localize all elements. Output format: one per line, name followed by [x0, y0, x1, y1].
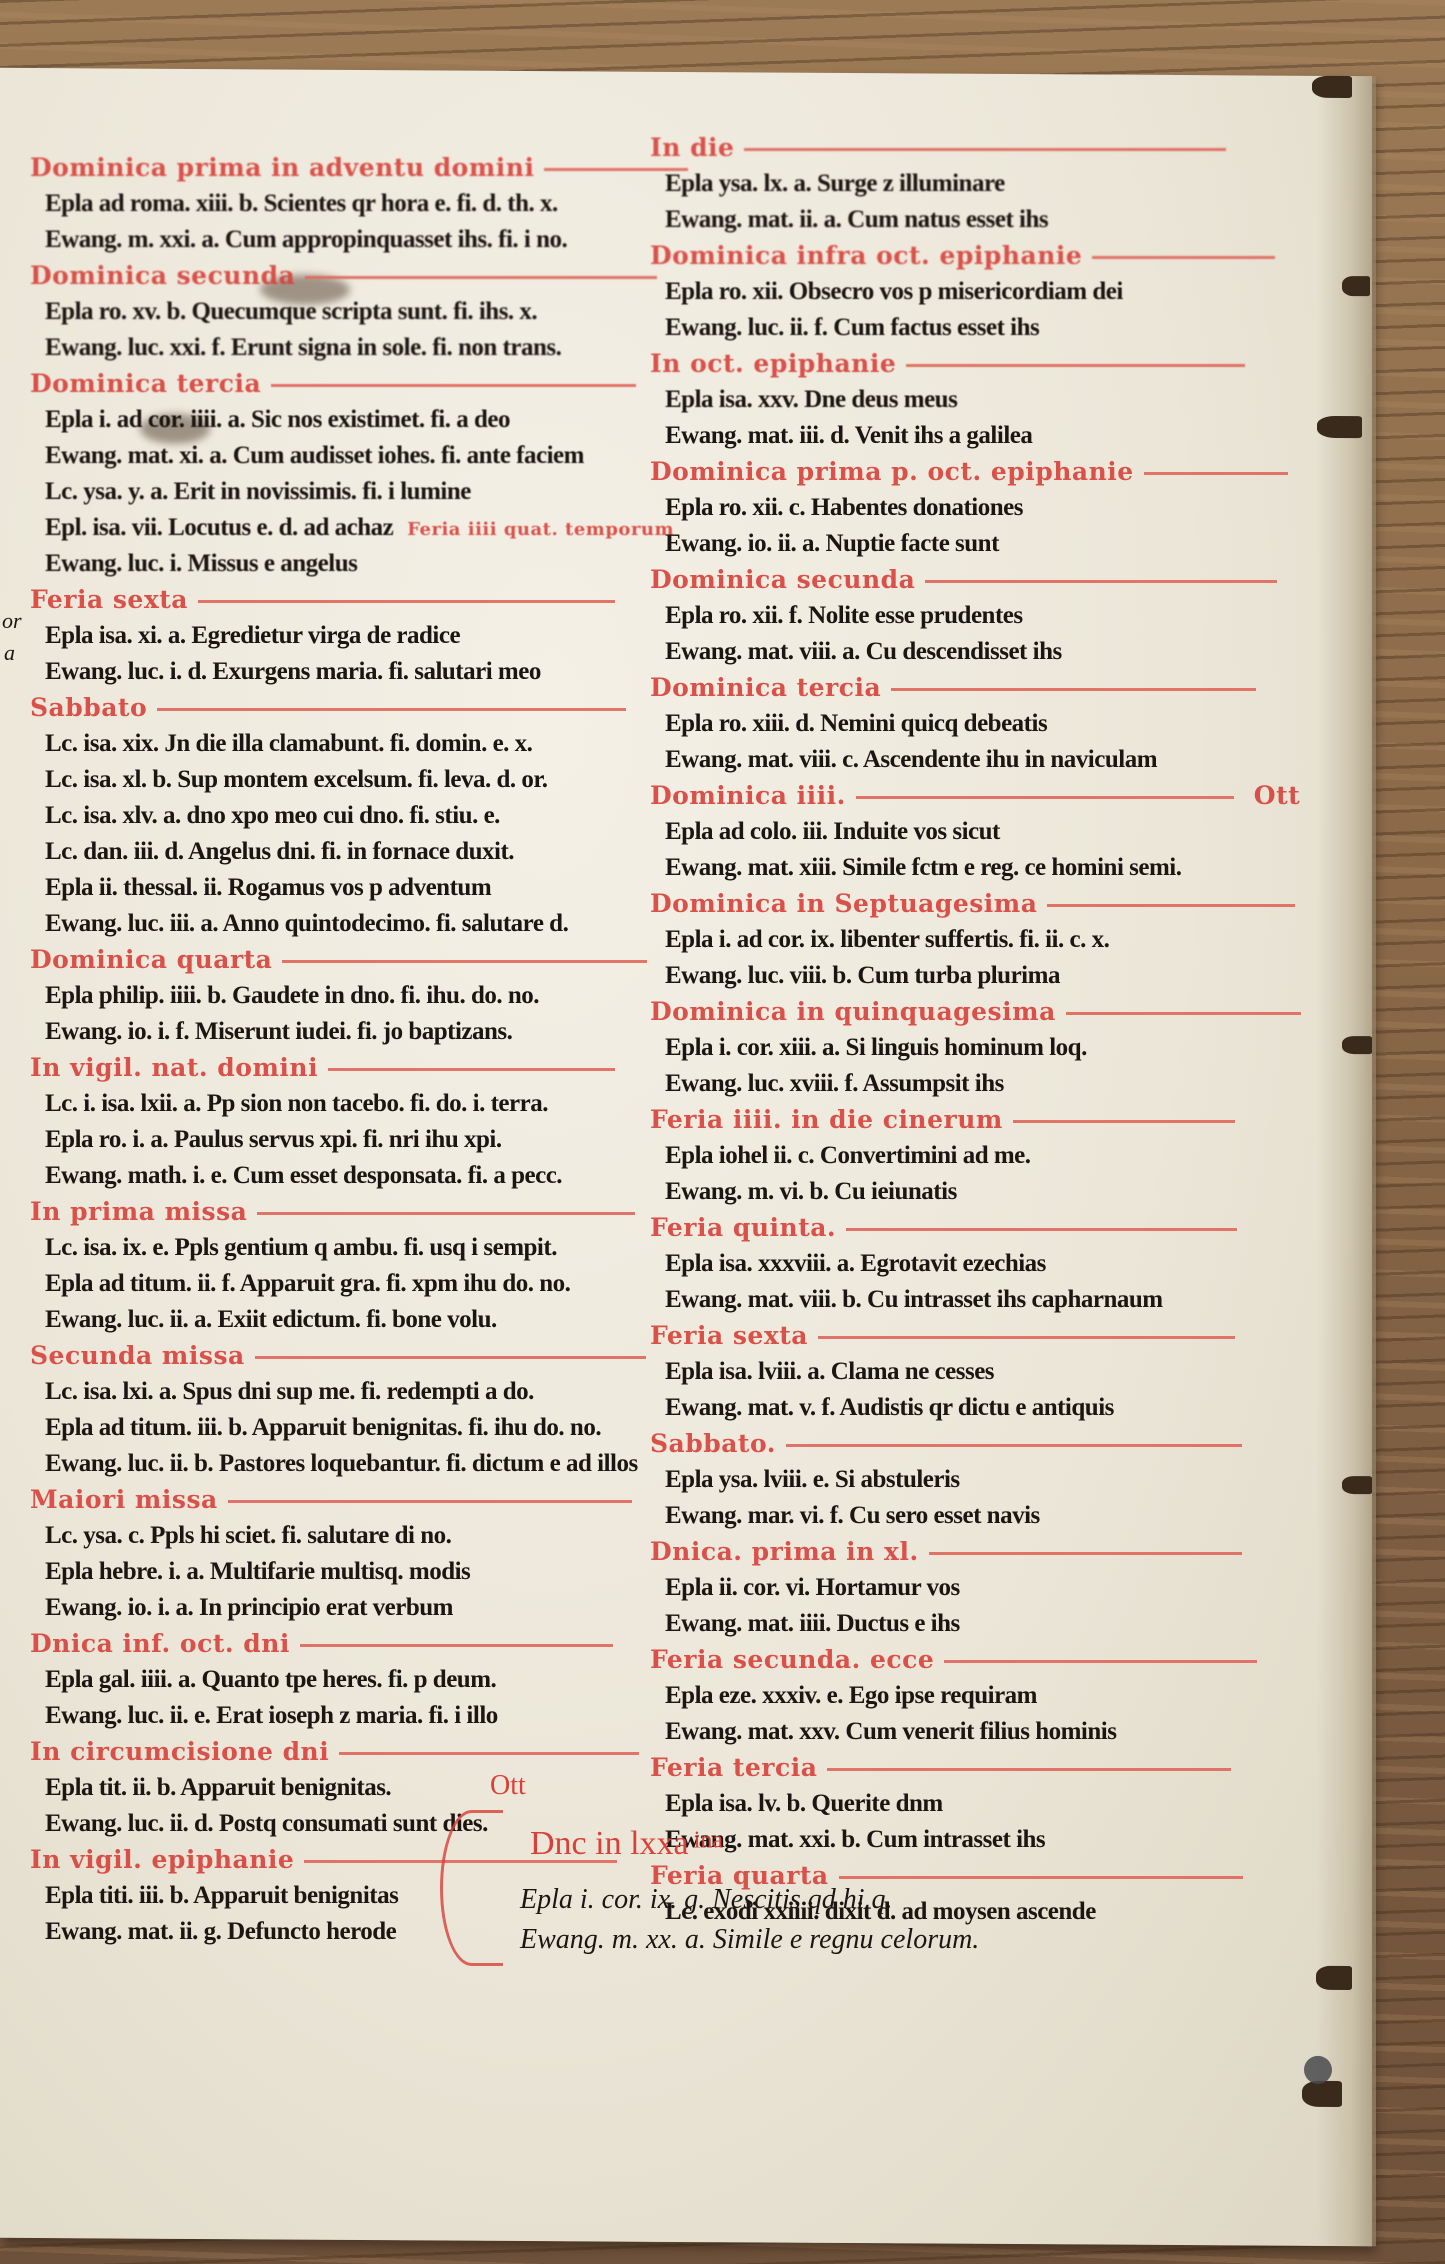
reading-text: Epla eze. xxxiv. e. Ego ipse requiram — [665, 1682, 1037, 1709]
red-ruling-line — [744, 148, 1226, 151]
reading-text: Lc. isa. lxi. a. Spus dni sup me. fi. re… — [45, 1378, 534, 1405]
red-ruling-line — [271, 384, 636, 387]
edge-notch — [1342, 276, 1370, 296]
reading-text: Ewang. m. xxi. a. Cum appropinquasset ih… — [45, 226, 567, 253]
left-column: Dominica prima in adventu dominiEpla ad … — [0, 150, 640, 1950]
rubric-heading: Dominica quarta — [0, 942, 640, 978]
reading-text: Epla ad titum. ii. f. Apparuit gra. fi. … — [45, 1270, 570, 1297]
rubric-text: Feria tercia — [650, 1753, 1231, 1782]
reading-text: Ewang. mat. ii. g. Defuncto herode — [45, 1918, 396, 1945]
reading-line: Ewang. mat. xxv. Cum venerit filius homi… — [620, 1714, 1220, 1750]
reading-line: Ewang. mat. iiii. Ductus e ihs — [620, 1606, 1220, 1642]
red-ruling-line — [328, 1068, 615, 1071]
reading-text: Ewang. luc. ii. d. Postq consumati sunt … — [45, 1810, 488, 1837]
reading-text: Ewang. mat. ii. a. Cum natus esset ihs — [665, 206, 1048, 233]
red-ruling-line — [839, 1876, 1243, 1879]
red-ruling-line — [339, 1752, 639, 1755]
red-ruling-line — [257, 1212, 635, 1215]
rubric-text: Maiori missa — [30, 1485, 632, 1514]
reading-text: Epla ii. thessal. ii. Rogamus vos p adve… — [45, 874, 491, 901]
rubric-text: Feria sexta — [30, 585, 615, 614]
reading-line: Epla i. ad cor. iiii. a. Sic nos existim… — [0, 402, 640, 438]
reading-line: Ewang. mat. xiii. Simile fctm e reg. ce … — [620, 850, 1220, 886]
rubric-heading: Sabbato. — [620, 1426, 1220, 1462]
reading-line: Epla eze. xxxiv. e. Ego ipse requiram — [620, 1678, 1220, 1714]
reading-line: Epla ad titum. iii. b. Apparuit benignit… — [0, 1410, 640, 1446]
rubric-text: Dnica inf. oct. dni — [30, 1629, 613, 1658]
rubric-text: Dominica quarta — [30, 945, 647, 974]
reading-text: Ewang. io. i. a. In principio erat verbu… — [45, 1594, 453, 1621]
reading-text: Ewang. math. i. e. Cum esset desponsata.… — [45, 1162, 562, 1189]
red-ruling-line — [818, 1336, 1235, 1339]
rubric-text: Dominica tercia — [30, 369, 636, 398]
reading-text: Epla isa. xxv. Dne deus meus — [665, 386, 957, 413]
rubric-text: Dominica tercia — [650, 673, 1256, 702]
rubric-text: Feria quinta. — [650, 1213, 1237, 1242]
reading-line: Ewang. luc. ii. f. Cum factus esset ihs — [620, 310, 1220, 346]
reading-line: Epla gal. iiii. a. Quanto tpe heres. fi.… — [0, 1662, 640, 1698]
reading-text: Ewang. luc. i. Missus e angelus — [45, 550, 357, 577]
reading-line: Lc. isa. xix. Jn die illa clamabunt. fi.… — [0, 726, 640, 762]
red-bracket — [440, 1810, 503, 1966]
reading-text: Ewang. mat. iiii. Ductus e ihs — [665, 1610, 960, 1637]
rubric-text: Feria secunda. ecce — [650, 1645, 1257, 1674]
reading-line: Epla isa. xxv. Dne deus meus — [620, 382, 1220, 418]
reading-line: Ewang. mat. v. f. Audistis qr dictu e an… — [620, 1390, 1220, 1426]
edge-notch — [1342, 1476, 1372, 1494]
rubric-text: Dominica iiii. — [650, 781, 1234, 810]
reading-text: Ewang. io. ii. a. Nuptie facte sunt — [665, 530, 999, 557]
rubric-text: Dominica secunda — [650, 565, 1277, 594]
reading-line: Ewang. luc. xxi. f. Erunt signa in sole.… — [0, 330, 640, 366]
reading-line: Ewang. mat. xi. a. Cum audisset iohes. f… — [0, 438, 640, 474]
reading-line: Epla ii. thessal. ii. Rogamus vos p adve… — [0, 870, 640, 906]
reading-text: Epla ad colo. iii. Induite vos sicut — [665, 818, 1000, 845]
reading-text: Epla ro. xii. f. Nolite esse prudentes — [665, 602, 1023, 629]
reading-text: Lc. ysa. y. a. Erit in novissimis. fi. i… — [45, 478, 471, 505]
rubric-heading: Dominica in Septuagesima — [620, 886, 1220, 922]
rubric-heading: Maiori missa — [0, 1482, 640, 1518]
reading-line: Epl. isa. vii. Locutus e. d. ad achazFer… — [0, 510, 640, 546]
red-ruling-line — [228, 1500, 632, 1503]
rubric-heading: Dominica iiii.Ott — [620, 778, 1220, 814]
addendum-title: Dnc in lxxa — [530, 1825, 689, 1862]
reading-text: Ewang. mat. viii. a. Cu descendisset ihs — [665, 638, 1062, 665]
red-ruling-line — [198, 600, 615, 603]
red-ruling-line — [282, 960, 647, 963]
rubric-text: Dominica in Septuagesima — [650, 889, 1295, 918]
edge-notch — [1317, 416, 1362, 438]
reading-text: Ewang. mat. viii. b. Cu intrasset ihs ca… — [665, 1286, 1163, 1313]
reading-line: Ewang. luc. ii. a. Exiit edictum. fi. bo… — [0, 1302, 640, 1338]
reading-line: Ewang. luc. ii. b. Pastores loquebantur.… — [0, 1446, 640, 1482]
margin-mark: a — [4, 640, 15, 666]
reading-text: Epla ro. xv. b. Quecumque scripta sunt. … — [45, 298, 537, 325]
rubric-heading: In vigil. nat. domini — [0, 1050, 640, 1086]
reading-line: Lc. ysa. y. a. Erit in novissimis. fi. i… — [0, 474, 640, 510]
reading-line: Epla isa. xi. a. Egredietur virga de rad… — [0, 618, 640, 654]
rubric-heading: Dominica in quinquagesima — [620, 994, 1220, 1030]
reading-text: Epla ad titum. iii. b. Apparuit benignit… — [45, 1414, 601, 1441]
rubric-heading: Dominica secunda — [0, 258, 640, 294]
rubric-heading: Feria quinta. — [620, 1210, 1220, 1246]
reading-text: Ewang. luc. xviii. f. Assumpsit ihs — [665, 1070, 1004, 1097]
rubric-text: Dominica prima p. oct. epiphanie — [650, 457, 1288, 486]
wormhole — [1304, 2056, 1332, 2084]
rubric-text: In circumcisione dni — [30, 1737, 639, 1766]
rubric-heading: Dominica tercia — [620, 670, 1220, 706]
reading-line: Lc. isa. ix. e. Ppls gentium q ambu. fi.… — [0, 1230, 640, 1266]
rubric-text: Dnica. prima in xl. — [650, 1537, 1242, 1566]
rubric-text: Dominica secunda — [30, 261, 657, 290]
rubric-heading: Feria sexta — [0, 582, 640, 618]
reading-line: Epla isa. xxxviii. a. Egrotavit ezechias — [620, 1246, 1220, 1282]
reading-text: Lc. i. isa. lxii. a. Pp sion non tacebo.… — [45, 1090, 548, 1117]
reading-line: Epla hebre. i. a. Multifarie multisq. mo… — [0, 1554, 640, 1590]
reading-text: Epla isa. xi. a. Egredietur virga de rad… — [45, 622, 460, 649]
reading-text: Ewang. m. vi. b. Cu ieiunatis — [665, 1178, 957, 1205]
reading-text: Epl. isa. vii. Locutus e. d. ad achaz — [45, 514, 393, 541]
reading-line: Lc. isa. lxi. a. Spus dni sup me. fi. re… — [0, 1374, 640, 1410]
reading-text: Epla ysa. lviii. e. Si abstuleris — [665, 1466, 960, 1493]
rubric-heading: Feria iiii. in die cinerum — [620, 1102, 1220, 1138]
rubric-heading: Dominica tercia — [0, 366, 640, 402]
reading-text: Ewang. mat. xiii. Simile fctm e reg. ce … — [665, 854, 1182, 881]
reading-text: Epla hebre. i. a. Multifarie multisq. mo… — [45, 1558, 470, 1585]
rubric-text: In die — [650, 133, 1226, 162]
addendum-line: Epla i. cor. ix. g. Nescitis qd hi q. — [520, 1880, 979, 1920]
reading-line: Ewang. mat. viii. c. Ascendente ihu in n… — [620, 742, 1220, 778]
reading-line: Epla philip. iiii. b. Gaudete in dno. fi… — [0, 978, 640, 1014]
reading-line: Epla ro. xv. b. Quecumque scripta sunt. … — [0, 294, 640, 330]
edge-notch — [1302, 2081, 1342, 2107]
reading-line: Epla ad roma. xiii. b. Scientes qr hora … — [0, 186, 640, 222]
reading-text: Epla philip. iiii. b. Gaudete in dno. fi… — [45, 982, 539, 1009]
edge-notch — [1342, 1036, 1372, 1054]
reading-line: Ewang. io. ii. a. Nuptie facte sunt — [620, 526, 1220, 562]
reading-text: Ewang. mat. iii. d. Venit ihs a galilea — [665, 422, 1032, 449]
rubric-heading: Dnica. prima in xl. — [620, 1534, 1220, 1570]
rubric-heading: In circumcisione dni — [0, 1734, 640, 1770]
reading-line: Ewang. m. vi. b. Cu ieiunatis — [620, 1174, 1220, 1210]
reading-line: Lc. ysa. c. Ppls hi sciet. fi. salutare … — [0, 1518, 640, 1554]
red-ruling-line — [944, 1660, 1257, 1663]
rubric-heading: Dominica infra oct. epiphanie — [620, 238, 1220, 274]
reading-text: Epla ysa. lx. a. Surge z illuminare — [665, 170, 1005, 197]
reading-line: Ewang. luc. ii. e. Erat ioseph z maria. … — [0, 1698, 640, 1734]
reading-text: Ewang. mat. viii. c. Ascendente ihu in n… — [665, 746, 1157, 773]
reading-line: Epla ro. xii. c. Habentes donationes — [620, 490, 1220, 526]
reading-text: Ewang. luc. xxi. f. Erunt signa in sole.… — [45, 334, 561, 361]
red-ruling-line — [1092, 256, 1275, 259]
reading-line: Ewang. mat. iii. d. Venit ihs a galilea — [620, 418, 1220, 454]
reading-text: Epla isa. xxxviii. a. Egrotavit ezechias — [665, 1250, 1046, 1277]
reading-line: Epla ro. xii. Obsecro vos p misericordia… — [620, 274, 1220, 310]
reading-text: Ewang. luc. iii. a. Anno quintodecimo. f… — [45, 910, 568, 937]
reading-line: Lc. dan. iii. d. Angelus dni. fi. in for… — [0, 834, 640, 870]
rubric-heading: Sabbato — [0, 690, 640, 726]
reading-line: Lc. i. isa. lxii. a. Pp sion non tacebo.… — [0, 1086, 640, 1122]
red-ruling-line — [929, 1552, 1242, 1555]
reading-line: Epla ro. i. a. Paulus servus xpi. fi. nr… — [0, 1122, 640, 1158]
reading-text: Epla ro. xii. Obsecro vos p misericordia… — [665, 278, 1123, 305]
reading-line: Ewang. luc. xviii. f. Assumpsit ihs — [620, 1066, 1220, 1102]
reading-text: Ewang. io. i. f. Miserunt iudei. fi. jo … — [45, 1018, 512, 1045]
margin-note: Ott — [1254, 781, 1300, 810]
rubric-heading: In die — [620, 130, 1220, 166]
reading-line: Ewang. mat. ii. a. Cum natus esset ihs — [620, 202, 1220, 238]
right-column: In dieEpla ysa. lx. a. Surge z illuminar… — [620, 130, 1220, 1930]
reading-text: Lc. dan. iii. d. Angelus dni. fi. in for… — [45, 838, 514, 865]
rubric-heading: Dnica inf. oct. dni — [0, 1626, 640, 1662]
reading-line: Epla iohel ii. c. Convertimini ad me. — [620, 1138, 1220, 1174]
reading-text: Ewang. luc. ii. f. Cum factus esset ihs — [665, 314, 1039, 341]
reading-line: Epla tit. ii. b. Apparuit benignitas. — [0, 1770, 640, 1806]
red-ruling-line — [1047, 904, 1295, 907]
reading-line: Ewang. m. xxi. a. Cum appropinquasset ih… — [0, 222, 640, 258]
reading-text: Ewang. luc. ii. b. Pastores loquebantur.… — [45, 1450, 638, 1477]
reading-text: Epla i. ad cor. ix. libenter suffertis. … — [665, 926, 1109, 953]
rubric-text: Sabbato. — [650, 1429, 1242, 1458]
addendum-superscript: ina — [694, 1828, 723, 1854]
red-ruling-line — [827, 1768, 1231, 1771]
reading-text: Ewang. luc. ii. a. Exiit edictum. fi. bo… — [45, 1306, 497, 1333]
reading-text: Lc. isa. ix. e. Ppls gentium q ambu. fi.… — [45, 1234, 557, 1261]
rubric-heading: In prima missa — [0, 1194, 640, 1230]
reading-text: Epla iohel ii. c. Convertimini ad me. — [665, 1142, 1031, 1169]
reading-line: Ewang. math. i. e. Cum esset desponsata.… — [0, 1158, 640, 1194]
reading-line: Ewang. luc. viii. b. Cum turba plurima — [620, 958, 1220, 994]
edge-notch — [1312, 76, 1352, 98]
red-ruling-line — [1144, 472, 1288, 475]
reading-line: Ewang. mat. viii. a. Cu descendisset ihs — [620, 634, 1220, 670]
rubric-text: Secunda missa — [30, 1341, 646, 1370]
rubric-text: In oct. epiphanie — [650, 349, 1245, 378]
reading-line: Ewang. io. i. f. Miserunt iudei. fi. jo … — [0, 1014, 640, 1050]
reading-text: Epla ro. xii. c. Habentes donationes — [665, 494, 1023, 521]
red-ruling-line — [846, 1228, 1237, 1231]
red-ruling-line — [1013, 1120, 1235, 1123]
rubric-heading: Secunda missa — [0, 1338, 640, 1374]
rubric-heading: Dominica secunda — [620, 562, 1220, 598]
reading-text: Epla ro. i. a. Paulus servus xpi. fi. nr… — [45, 1126, 502, 1153]
reading-text: Lc. ysa. c. Ppls hi sciet. fi. salutare … — [45, 1522, 451, 1549]
reading-text: Ewang. mat. xxv. Cum venerit filius homi… — [665, 1718, 1116, 1745]
reading-text: Epla tit. ii. b. Apparuit benignitas. — [45, 1774, 391, 1801]
red-ruling-line — [305, 276, 657, 279]
red-ruling-line — [300, 1644, 613, 1647]
reading-text: Epla isa. lv. b. Querite dnm — [665, 1790, 943, 1817]
reading-text: Ewang. luc. viii. b. Cum turba plurima — [665, 962, 1060, 989]
reading-text: Epla i. ad cor. iiii. a. Sic nos existim… — [45, 406, 510, 433]
reading-text: Lc. isa. xlv. a. dno xpo meo cui dno. fi… — [45, 802, 500, 829]
rubric-heading: Feria secunda. ecce — [620, 1642, 1220, 1678]
addendum-line: Ewang. m. xx. a. Simile e regnu celorum. — [520, 1920, 979, 1960]
red-ruling-line — [856, 796, 1234, 799]
reading-line: Ewang. mat. viii. b. Cu intrasset ihs ca… — [620, 1282, 1220, 1318]
red-ruling-line — [786, 1444, 1242, 1447]
reading-text: Epla ad roma. xiii. b. Scientes qr hora … — [45, 190, 558, 217]
reading-text: Epla ro. xiii. d. Nemini quicq debeatis — [665, 710, 1047, 737]
red-ruling-line — [157, 708, 626, 711]
reading-text: Ewang. mat. xi. a. Cum audisset iohes. f… — [45, 442, 584, 469]
addendum-mark: Ott — [490, 1770, 526, 1802]
rubric-heading: Feria tercia — [620, 1750, 1220, 1786]
reading-line: Epla ro. xiii. d. Nemini quicq debeatis — [620, 706, 1220, 742]
reading-text: Epla titi. iii. b. Apparuit benignitas — [45, 1882, 398, 1909]
reading-line: Epla ysa. lx. a. Surge z illuminare — [620, 166, 1220, 202]
rubric-heading: Feria sexta — [620, 1318, 1220, 1354]
rubric-text: Feria sexta — [650, 1321, 1235, 1350]
reading-line: Epla ysa. lviii. e. Si abstuleris — [620, 1462, 1220, 1498]
reading-line: Epla ii. cor. vi. Hortamur vos — [620, 1570, 1220, 1606]
reading-line: Epla i. ad cor. ix. libenter suffertis. … — [620, 922, 1220, 958]
reading-line: Ewang. luc. iii. a. Anno quintodecimo. f… — [0, 906, 640, 942]
rubric-text: Dominica prima in adventu domini — [30, 153, 688, 182]
reading-line: Ewang. io. i. a. In principio erat verbu… — [0, 1590, 640, 1626]
reading-text: Ewang. luc. ii. e. Erat ioseph z maria. … — [45, 1702, 498, 1729]
reading-text: Ewang. luc. i. d. Exurgens maria. fi. sa… — [45, 658, 541, 685]
reading-line: Epla ad colo. iii. Induite vos sicut — [620, 814, 1220, 850]
reading-text: Epla isa. lviii. a. Clama ne cesses — [665, 1358, 994, 1385]
reading-text: Ewang. mar. vi. f. Cu sero esset navis — [665, 1502, 1040, 1529]
red-ruling-line — [891, 688, 1256, 691]
reading-line: Ewang. mar. vi. f. Cu sero esset navis — [620, 1498, 1220, 1534]
reading-line: Epla isa. lv. b. Querite dnm — [620, 1786, 1220, 1822]
reading-text: Lc. isa. xix. Jn die illa clamabunt. fi.… — [45, 730, 532, 757]
reading-line: Epla i. cor. xiii. a. Si linguis hominum… — [620, 1030, 1220, 1066]
rubric-text: In prima missa — [30, 1197, 635, 1226]
reading-text: Lc. isa. xl. b. Sup montem excelsum. fi.… — [45, 766, 547, 793]
rubric-text: Sabbato — [30, 693, 626, 722]
red-ruling-line — [255, 1356, 646, 1359]
rubric-text: Dominica infra oct. epiphanie — [650, 241, 1275, 270]
reading-text: Ewang. mat. v. f. Audistis qr dictu e an… — [665, 1394, 1114, 1421]
red-ruling-line — [1066, 1012, 1301, 1015]
rubric-text: Feria iiii. in die cinerum — [650, 1105, 1235, 1134]
margin-mark: or — [2, 608, 22, 634]
rubric-heading: Dominica prima p. oct. epiphanie — [620, 454, 1220, 490]
reading-text: Epla gal. iiii. a. Quanto tpe heres. fi.… — [45, 1666, 496, 1693]
red-ruling-line — [925, 580, 1277, 583]
reading-line: Ewang. luc. i. d. Exurgens maria. fi. sa… — [0, 654, 640, 690]
deckled-edge — [1316, 76, 1376, 2246]
reading-line: Ewang. luc. i. Missus e angelus — [0, 546, 640, 582]
edge-notch — [1316, 1966, 1352, 1990]
rubric-text: In vigil. nat. domini — [30, 1053, 615, 1082]
reading-line: Epla ro. xii. f. Nolite esse prudentes — [620, 598, 1220, 634]
reading-line: Lc. isa. xl. b. Sup montem excelsum. fi.… — [0, 762, 640, 798]
reading-line: Epla isa. lviii. a. Clama ne cesses — [620, 1354, 1220, 1390]
red-ruling-line — [906, 364, 1245, 367]
reading-text: Epla ii. cor. vi. Hortamur vos — [665, 1574, 960, 1601]
reading-line: Epla ad titum. ii. f. Apparuit gra. fi. … — [0, 1266, 640, 1302]
reading-line: Lc. isa. xlv. a. dno xpo meo cui dno. fi… — [0, 798, 640, 834]
reading-text: Epla i. cor. xiii. a. Si linguis hominum… — [665, 1034, 1087, 1061]
rubric-heading: Dominica prima in adventu domini — [0, 150, 640, 186]
rubric-text: Dominica in quinquagesima — [650, 997, 1301, 1026]
rubric-heading: In oct. epiphanie — [620, 346, 1220, 382]
